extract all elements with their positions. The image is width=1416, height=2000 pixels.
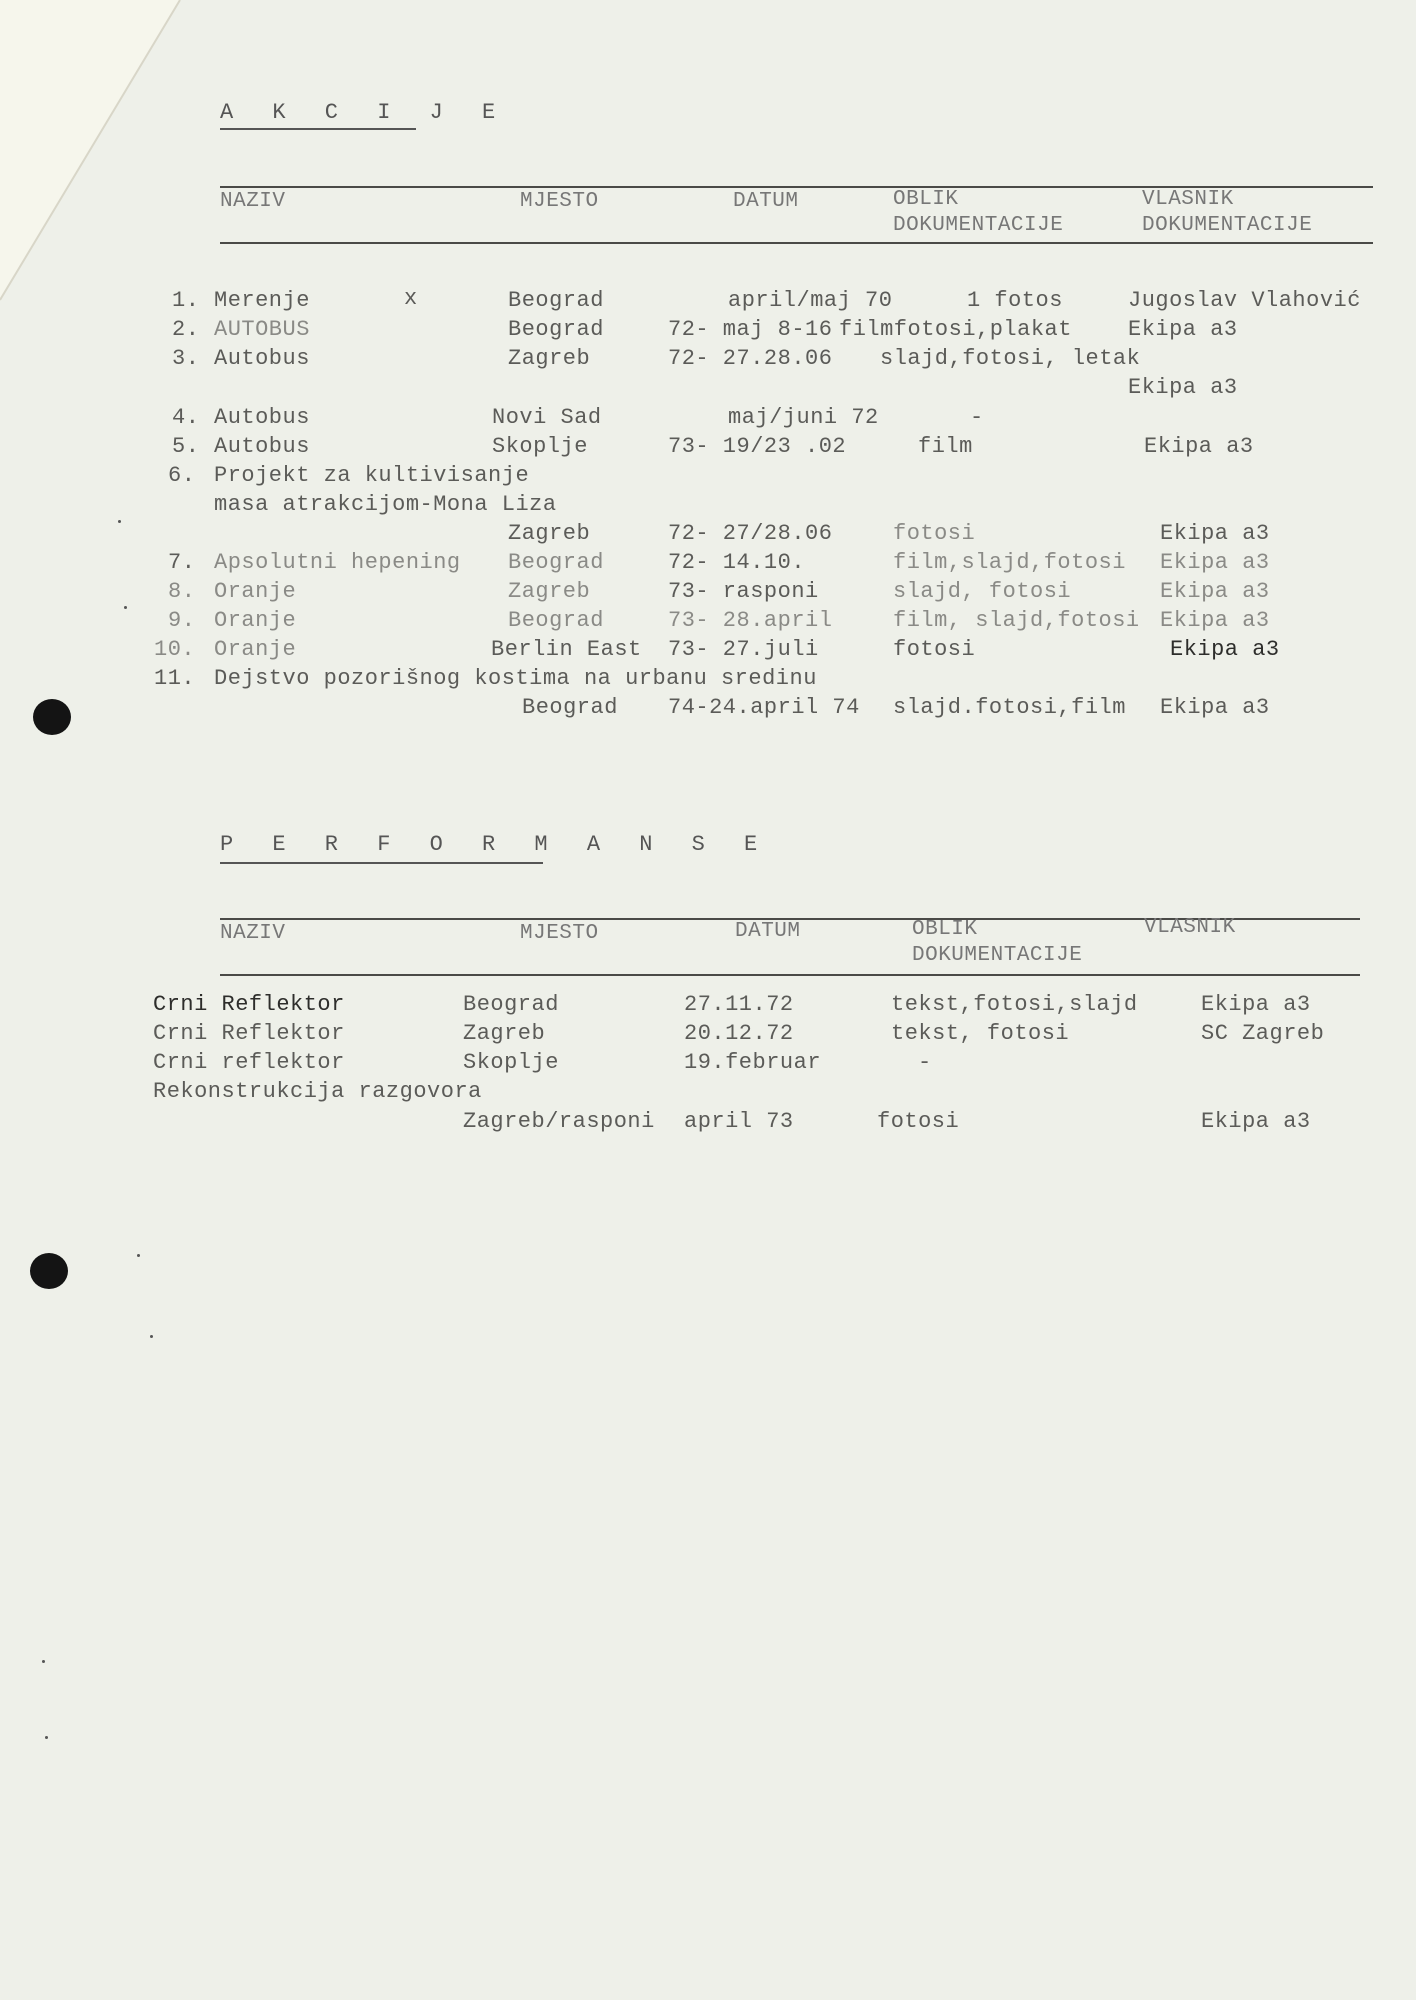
speck bbox=[124, 606, 127, 609]
cell-naziv: Autobus bbox=[214, 433, 310, 461]
column-header-mjesto: MJESTO bbox=[520, 920, 599, 948]
column-header-vlasnik: VLASNIK bbox=[1142, 186, 1234, 214]
section-underline bbox=[220, 862, 543, 864]
cell-naziv: Autobus bbox=[214, 404, 310, 432]
cell-oblik: filmfotosi,plakat bbox=[839, 316, 1072, 344]
cell-naziv: Oranje bbox=[214, 607, 296, 635]
column-header-vlasnik-2: DOKUMENTACIJE bbox=[1142, 212, 1312, 240]
cell-oblik: 1 fotos bbox=[967, 287, 1063, 315]
cell-naziv-continued: masa atrakcijom-Mona Liza bbox=[214, 491, 557, 519]
cell-mjesto: Novi Sad bbox=[492, 404, 602, 432]
speck bbox=[150, 1335, 153, 1338]
cell-oblik: - bbox=[918, 1049, 932, 1077]
column-header-naziv: NAZIV bbox=[220, 920, 286, 948]
cell-oblik: film, slajd,fotosi bbox=[893, 607, 1140, 635]
cell-oblik: film,slajd,fotosi bbox=[893, 549, 1126, 577]
cell-naziv: AUTOBUS bbox=[214, 316, 310, 344]
cell-oblik: slajd.fotosi,film bbox=[893, 694, 1126, 722]
cell-vlasnik: Jugoslav Vlahović bbox=[1128, 287, 1361, 315]
column-header-datum: DATUM bbox=[735, 918, 801, 946]
cell-datum: april/maj 70 bbox=[728, 287, 892, 315]
table-rule-bottom bbox=[220, 242, 1373, 244]
cell-mjesto: Beograd bbox=[508, 607, 604, 635]
cell-naziv: Crni reflektor bbox=[153, 1049, 345, 1077]
cell-naziv: Dejstvo pozorišnog kostima na urbanu sre… bbox=[214, 665, 817, 693]
row-number: 8. bbox=[168, 578, 195, 606]
document-page: A K C I J E NAZIV MJESTO DATUM OBLIK DOK… bbox=[0, 0, 1416, 2000]
cell-oblik: tekst, fotosi bbox=[891, 1020, 1069, 1048]
cell-mjesto: Beograd bbox=[463, 991, 559, 1019]
cell-oblik: fotosi bbox=[877, 1108, 959, 1136]
section-underline bbox=[220, 128, 416, 130]
cell-naziv: Rekonstrukcija razgovora bbox=[153, 1078, 482, 1106]
cell-datum: maj/juni 72 bbox=[728, 404, 879, 432]
cell-mjesto: Beograd bbox=[508, 549, 604, 577]
cell-oblik: - bbox=[970, 404, 984, 432]
row-number: 9. bbox=[168, 607, 195, 635]
cell-datum: 72- 27.28.06 bbox=[668, 345, 832, 373]
cell-mjesto: Zagreb bbox=[463, 1020, 545, 1048]
column-header-vlasnik: VLASNIK bbox=[1144, 914, 1236, 942]
cell-mjesto: Berlin East bbox=[491, 636, 642, 664]
cell-vlasnik: Ekipa a3 bbox=[1128, 374, 1238, 402]
cell-mjesto: Beograd bbox=[508, 316, 604, 344]
row-number: 10. bbox=[154, 636, 195, 664]
cell-mjesto: Zagreb bbox=[508, 520, 590, 548]
cell-mjesto: Zagreb bbox=[508, 578, 590, 606]
row-number: 3. bbox=[172, 345, 199, 373]
cell-vlasnik: SC Zagreb bbox=[1201, 1020, 1324, 1048]
cell-mjesto: Zagreb bbox=[508, 345, 590, 373]
speck bbox=[137, 1254, 140, 1257]
cell-vlasnik: Ekipa a3 bbox=[1201, 991, 1311, 1019]
column-header-datum: DATUM bbox=[733, 188, 799, 216]
cell-naziv: Oranje bbox=[214, 636, 296, 664]
cell-vlasnik: Ekipa a3 bbox=[1160, 549, 1270, 577]
cell-datum: 20.12.72 bbox=[684, 1020, 794, 1048]
cell-oblik: film bbox=[918, 433, 973, 461]
cell-oblik: tekst,fotosi,slajd bbox=[891, 991, 1138, 1019]
row-number: 4. bbox=[172, 404, 199, 432]
cell-vlasnik: Ekipa a3 bbox=[1160, 694, 1270, 722]
cell-datum: 73- 19/23 .02 bbox=[668, 433, 846, 461]
cell-vlasnik: Ekipa a3 bbox=[1128, 316, 1238, 344]
column-header-oblik-2: DOKUMENTACIJE bbox=[912, 942, 1082, 970]
table-rule-bottom bbox=[220, 974, 1360, 976]
cell-naziv: Oranje bbox=[214, 578, 296, 606]
cell-datum: 74-24.april 74 bbox=[668, 694, 860, 722]
speck bbox=[45, 1736, 48, 1739]
cell-datum: 19.februar bbox=[684, 1049, 821, 1077]
cell-naziv: Autobus bbox=[214, 345, 310, 373]
cell-mjesto: Skoplje bbox=[463, 1049, 559, 1077]
cell-vlasnik: Ekipa a3 bbox=[1201, 1108, 1311, 1136]
section-title-akcije: A K C I J E bbox=[220, 99, 508, 127]
punch-hole-bottom bbox=[30, 1253, 68, 1289]
cell-datum: 73- rasponi bbox=[668, 578, 819, 606]
cell-naziv: Merenje bbox=[214, 287, 310, 315]
cell-datum: 73- 28.april bbox=[668, 607, 832, 635]
row-number: 2. bbox=[172, 316, 199, 344]
column-header-oblik-2: DOKUMENTACIJE bbox=[893, 212, 1063, 240]
column-header-naziv: NAZIV bbox=[220, 188, 286, 216]
punch-hole-top bbox=[33, 699, 71, 735]
cell-vlasnik: Ekipa a3 bbox=[1144, 433, 1254, 461]
cell-oblik: slajd, fotosi bbox=[893, 578, 1071, 606]
section-title-performanse: P E R F O R M A N S E bbox=[220, 831, 770, 859]
cell-naziv: Crni Reflektor bbox=[153, 991, 345, 1019]
cell-naziv: Apsolutni hepening bbox=[214, 549, 461, 577]
cell-oblik: fotosi bbox=[893, 636, 975, 664]
cell-mjesto: Beograd bbox=[522, 694, 618, 722]
cell-mjesto: Zagreb/rasponi bbox=[463, 1108, 655, 1136]
cell-naziv: Crni Reflektor bbox=[153, 1020, 345, 1048]
column-header-oblik: OBLIK bbox=[893, 186, 959, 214]
row-number: 6. bbox=[168, 462, 195, 490]
column-header-mjesto: MJESTO bbox=[520, 188, 599, 216]
row-number: 7. bbox=[168, 549, 195, 577]
cell-vlasnik: Ekipa a3 bbox=[1170, 636, 1280, 664]
column-header-oblik: OBLIK bbox=[912, 916, 978, 944]
cell-mjesto: Skoplje bbox=[492, 433, 588, 461]
row-number: 11. bbox=[154, 665, 195, 693]
cell-oblik: slajd,fotosi, letak bbox=[880, 345, 1140, 373]
speck bbox=[118, 520, 121, 523]
cell-datum: 72- 27/28.06 bbox=[668, 520, 832, 548]
cell-naziv: Projekt za kultivisanje bbox=[214, 462, 529, 490]
cell-datum: 73- 27.juli bbox=[668, 636, 819, 664]
cell-vlasnik: Ekipa a3 bbox=[1160, 520, 1270, 548]
cell-vlasnik: Ekipa a3 bbox=[1160, 607, 1270, 635]
cell-vlasnik: Ekipa a3 bbox=[1160, 578, 1270, 606]
cell-oblik: fotosi bbox=[893, 520, 975, 548]
cell-datum: 72- 14.10. bbox=[668, 549, 805, 577]
cell-mark: x bbox=[404, 285, 418, 313]
row-number: 5. bbox=[172, 433, 199, 461]
cell-datum: april 73 bbox=[684, 1108, 794, 1136]
cell-datum: 27.11.72 bbox=[684, 991, 794, 1019]
cell-mjesto: Beograd bbox=[508, 287, 604, 315]
speck bbox=[42, 1660, 45, 1663]
row-number: 1. bbox=[172, 287, 199, 315]
cell-datum: 72- maj 8-16 bbox=[668, 316, 832, 344]
